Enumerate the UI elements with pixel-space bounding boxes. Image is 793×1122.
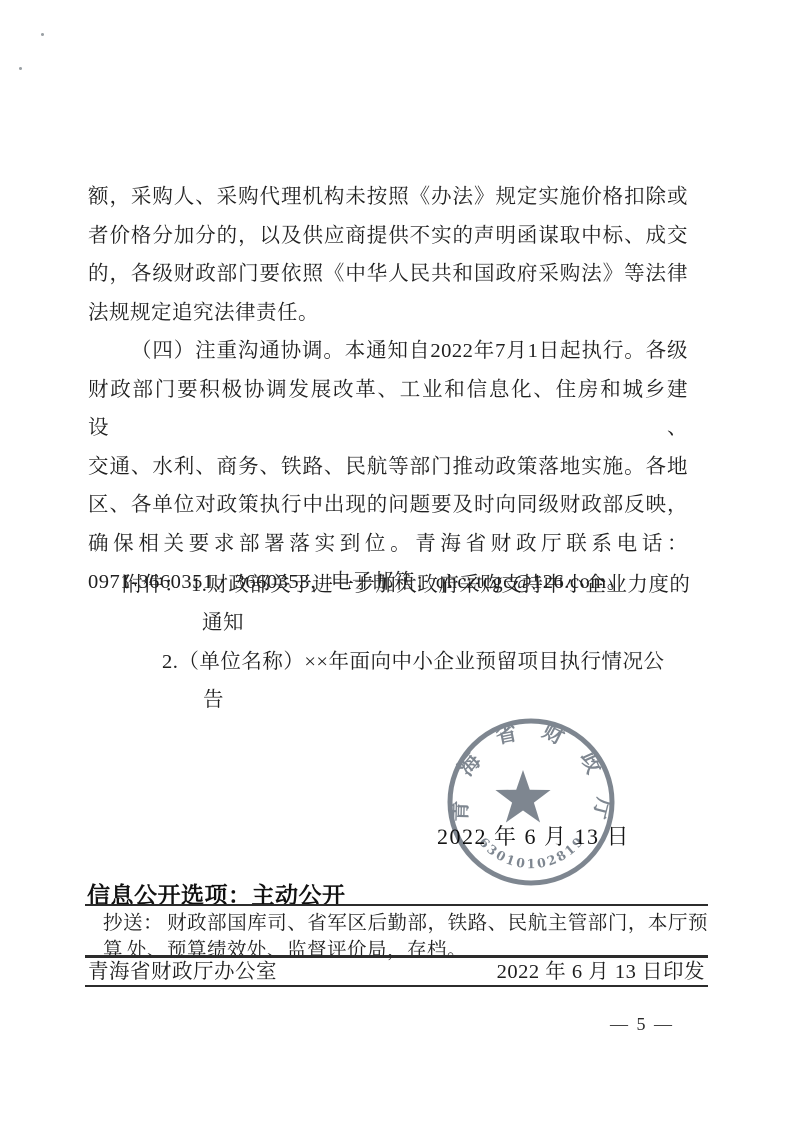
attachment-2-continuation: 告 xyxy=(203,681,224,720)
body-line: 的，各级财政部门要依照《中华人民共和国政府采购法》等法律 xyxy=(88,255,688,294)
scan-speck xyxy=(19,67,22,70)
attachment-item: 附件：1.财政部关于进一步加大政府采购支持中小企业力度的 xyxy=(122,566,690,605)
body-line: 交通、水利、商务、铁路、民航等部门推动政策落地实施。各地 xyxy=(88,448,688,487)
seal-org-name: 青海省财政厅 xyxy=(447,716,617,843)
divider-rule xyxy=(85,985,708,987)
body-line: 区、各单位对政策执行中出现的问题要及时向同级财政部反映， xyxy=(88,486,688,525)
attachment-2-text: 2.（单位名称）××年面向中小企业预留项目执行情况公 xyxy=(162,643,665,682)
body-line: 确保相关要求部署落实到位。青海省财政厅联系电话： xyxy=(88,525,688,564)
document-body: 额，采购人、采购代理机构未按照《办法》规定实施价格扣除或 者价格分加分的，以及供… xyxy=(88,178,688,602)
seal-star-icon xyxy=(495,770,550,823)
body-line: 者价格分加分的，以及供应商提供不实的声明函谋取中标、成交 xyxy=(88,217,688,256)
body-line: 法规规定追究法律责任。 xyxy=(88,294,688,333)
official-seal-stamp: 青海省财政厅 6301010281909 xyxy=(441,712,621,892)
attachment-1-text: 1.财政部关于进一步加大政府采购支持中小企业力度的 xyxy=(191,574,690,596)
footer-print-date: 2022 年 6 月 13 日印发 xyxy=(497,959,705,985)
body-line: （四）注重沟通协调。本通知自2022年7月1日起执行。各级 xyxy=(88,332,688,371)
footer-row: 青海省财政厅办公室 2022 年 6 月 13 日印发 xyxy=(88,959,705,985)
scan-speck xyxy=(41,33,44,36)
page-number: — 5 — xyxy=(610,1014,674,1035)
footer-issuer: 青海省财政厅办公室 xyxy=(88,959,277,985)
body-line: 额，采购人、采购代理机构未按照《办法》规定实施价格扣除或 xyxy=(88,178,688,217)
attachment-1-continuation: 通知 xyxy=(202,604,244,643)
divider-rule xyxy=(85,904,708,906)
attachments-label: 附件： xyxy=(122,574,185,596)
cc-label: 抄送： xyxy=(103,913,163,934)
divider-rule xyxy=(85,955,708,958)
body-line: 财政部门要积极协调发展改革、工业和信息化、住房和城乡建设、 xyxy=(88,371,688,448)
document-page: 额，采购人、采购代理机构未按照《办法》规定实施价格扣除或 者价格分加分的，以及供… xyxy=(0,0,793,1122)
